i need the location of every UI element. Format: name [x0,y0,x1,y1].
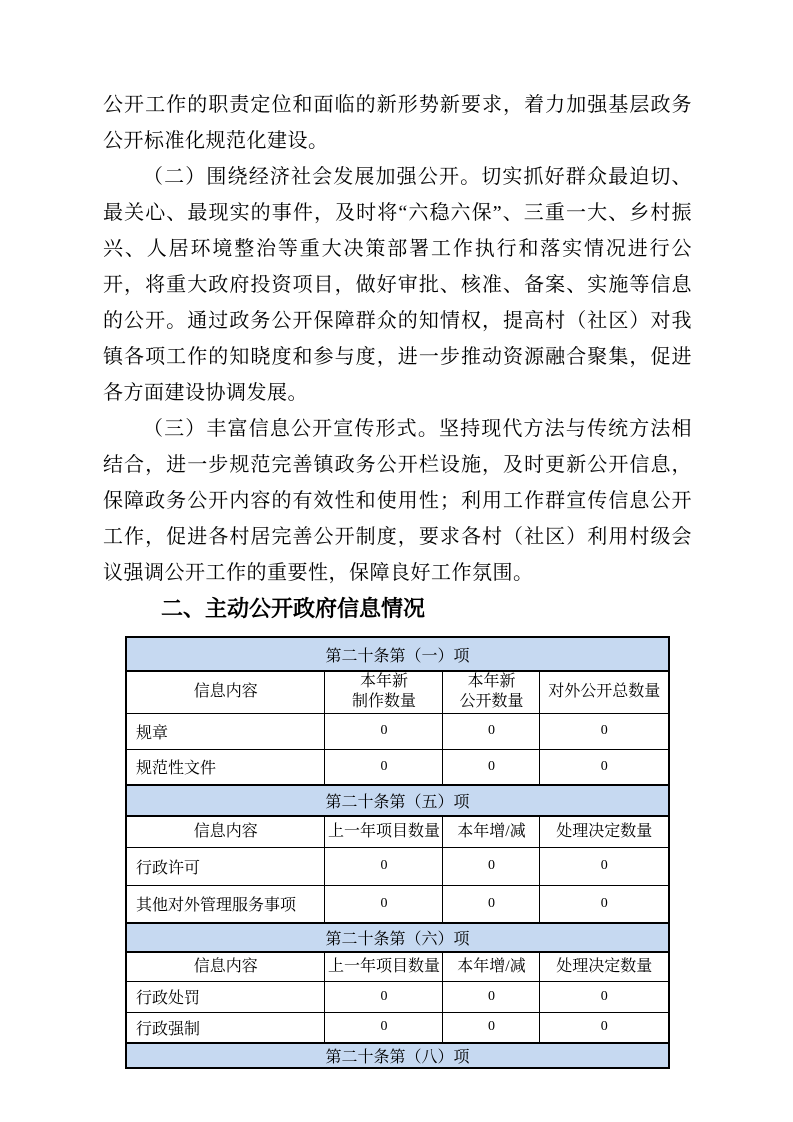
cell-value: 0 [325,847,443,885]
paragraph-continuation: 公开工作的职责定位和面临的新形势新要求，着力加强基层政务公开标准化规范化建设。 [103,87,692,159]
paragraph-item-2: （二）围绕经济社会发展加强公开。切实抓好群众最迫切、最关心、最现实的事件，及时将… [103,159,692,411]
column-header: 本年新 制作数量 [325,671,443,713]
page-content: 公开工作的职责定位和面临的新形势新要求，着力加强基层政务公开标准化规范化建设。 … [103,87,692,1069]
table-section-3: 第二十条第（六）项 [126,923,669,952]
cell-value: 0 [325,1012,443,1043]
column-header: 本年增/减 [443,952,540,981]
table-row: 行政许可 0 0 0 [126,847,669,885]
cell-value: 0 [443,749,540,785]
cell-value: 0 [325,981,443,1012]
column-header: 对外公开总数量 [540,671,669,713]
cell-value: 0 [325,749,443,785]
cell-value: 0 [540,981,669,1012]
table-row: 其他对外管理服务事项 0 0 0 [126,885,669,923]
cell-value: 0 [443,847,540,885]
section-heading: 二、主动公开政府信息情况 [103,595,692,623]
column-header: 上一年项目数量 [325,816,443,847]
column-header: 信息内容 [126,952,325,981]
table-row: 规章 0 0 0 [126,713,669,749]
table-header-row: 信息内容 本年新 制作数量 本年新 公开数量 对外公开总数量 [126,671,669,713]
cell-value: 0 [540,749,669,785]
column-header: 信息内容 [126,816,325,847]
table-section-1: 第二十条第（一）项 [126,637,669,671]
row-label: 行政强制 [126,1012,325,1043]
paragraph-item-3: （三）丰富信息公开宣传形式。坚持现代方法与传统方法相结合，进一步规范完善镇政务公… [103,411,692,591]
table-row: 行政处罚 0 0 0 [126,981,669,1012]
column-header: 处理决定数量 [540,952,669,981]
table-section-4: 第二十条第（八）项 [126,1043,669,1068]
row-label: 其他对外管理服务事项 [126,885,325,923]
column-header: 信息内容 [126,671,325,713]
cell-value: 0 [443,885,540,923]
row-label: 规章 [126,713,325,749]
disclosure-table: 第二十条第（一）项 信息内容 本年新 制作数量 本年新 公开数量 对外公开总数量… [125,636,670,1069]
table-header-row: 信息内容 上一年项目数量 本年增/减 处理决定数量 [126,816,669,847]
column-header: 本年增/减 [443,816,540,847]
table-section-title: 第二十条第（五）项 [126,785,669,816]
column-header: 处理决定数量 [540,816,669,847]
cell-value: 0 [325,885,443,923]
column-header: 本年新 公开数量 [443,671,540,713]
cell-value: 0 [443,713,540,749]
column-header: 上一年项目数量 [325,952,443,981]
table-row: 规范性文件 0 0 0 [126,749,669,785]
table-row: 行政强制 0 0 0 [126,1012,669,1043]
row-label: 规范性文件 [126,749,325,785]
cell-value: 0 [443,1012,540,1043]
document-page: 公开工作的职责定位和面临的新形势新要求，着力加强基层政务公开标准化规范化建设。 … [0,0,793,1122]
cell-value: 0 [325,713,443,749]
cell-value: 0 [540,847,669,885]
table-section-title: 第二十条第（六）项 [126,923,669,952]
table-section-2: 第二十条第（五）项 [126,785,669,816]
cell-value: 0 [443,981,540,1012]
cell-value: 0 [540,1012,669,1043]
table-section-title: 第二十条第（一）项 [126,637,669,671]
cell-value: 0 [540,713,669,749]
table-section-title: 第二十条第（八）项 [126,1043,669,1068]
table-header-row: 信息内容 上一年项目数量 本年增/减 处理决定数量 [126,952,669,981]
cell-value: 0 [540,885,669,923]
row-label: 行政许可 [126,847,325,885]
row-label: 行政处罚 [126,981,325,1012]
